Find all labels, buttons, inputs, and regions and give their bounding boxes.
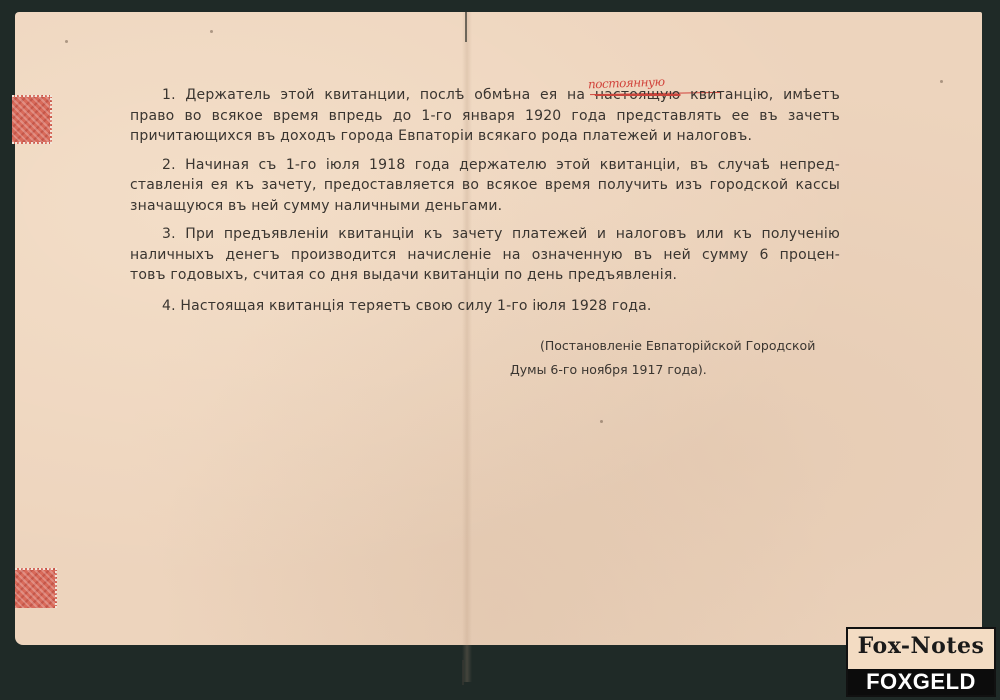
- watermark-bar-text: FOXGELD: [848, 669, 994, 695]
- revenue-stamp-fragment-bottom: [15, 568, 57, 608]
- paragraph-4: 4. Настоящая квитанція теряетъ свою силу…: [130, 296, 840, 317]
- decree-citation: (Постановленіе Евпаторійской Городской Д…: [510, 334, 815, 382]
- paragraph-1: 1. Держатель этой квитанции, послѣ обмѣн…: [130, 85, 840, 147]
- terms-text: 1. Держатель этой квитанции, послѣ обмѣн…: [130, 85, 840, 324]
- para2-line2: ставленія ея къ зачету, предоставляется …: [130, 175, 840, 196]
- decree-line1: (Постановленіе Евпаторійской Городской: [510, 334, 815, 358]
- paper-speck: [65, 40, 68, 43]
- tear-top: [465, 12, 467, 42]
- para3-line3: товъ годовыхъ, считая со дня выдачи квит…: [130, 265, 840, 286]
- tear-bottom: [462, 660, 464, 685]
- para4-line1: 4. Настоящая квитанція теряетъ свою силу…: [162, 298, 652, 314]
- decree-line2: Думы 6-го ноября 1917 года).: [510, 362, 707, 377]
- para2-line1: 2. Начиная съ 1-го іюля 1918 года держат…: [130, 155, 840, 176]
- para3-line1: 3. При предъявленіи квитанціи къ зачету …: [130, 224, 840, 245]
- revenue-stamp-fragment-top: [12, 95, 52, 144]
- paper-speck: [210, 30, 213, 33]
- foxgeld-watermark: Fox-Notes FOXGELD: [846, 627, 996, 697]
- para2-line3: значащуюся въ ней сумму наличными деньга…: [130, 196, 840, 217]
- para1-line3: причитающихся въ доходъ города Евпаторіи…: [130, 126, 840, 147]
- paper-speck: [940, 80, 943, 83]
- paragraph-2: 2. Начиная съ 1-го іюля 1918 года держат…: [130, 155, 840, 217]
- paragraph-3: 3. При предъявленіи квитанціи къ зачету …: [130, 224, 840, 286]
- para1-line2: право во всякое время впредь до 1-го янв…: [130, 106, 840, 127]
- para1-line1: 1. Держатель этой квитанции, послѣ обмѣн…: [130, 85, 840, 106]
- watermark-script-text: Fox-Notes: [848, 633, 994, 659]
- para3-line2: наличныхъ денегъ производится начисленіе…: [130, 245, 840, 266]
- struck-word: настоящую: [595, 87, 681, 103]
- paper-speck: [600, 420, 603, 423]
